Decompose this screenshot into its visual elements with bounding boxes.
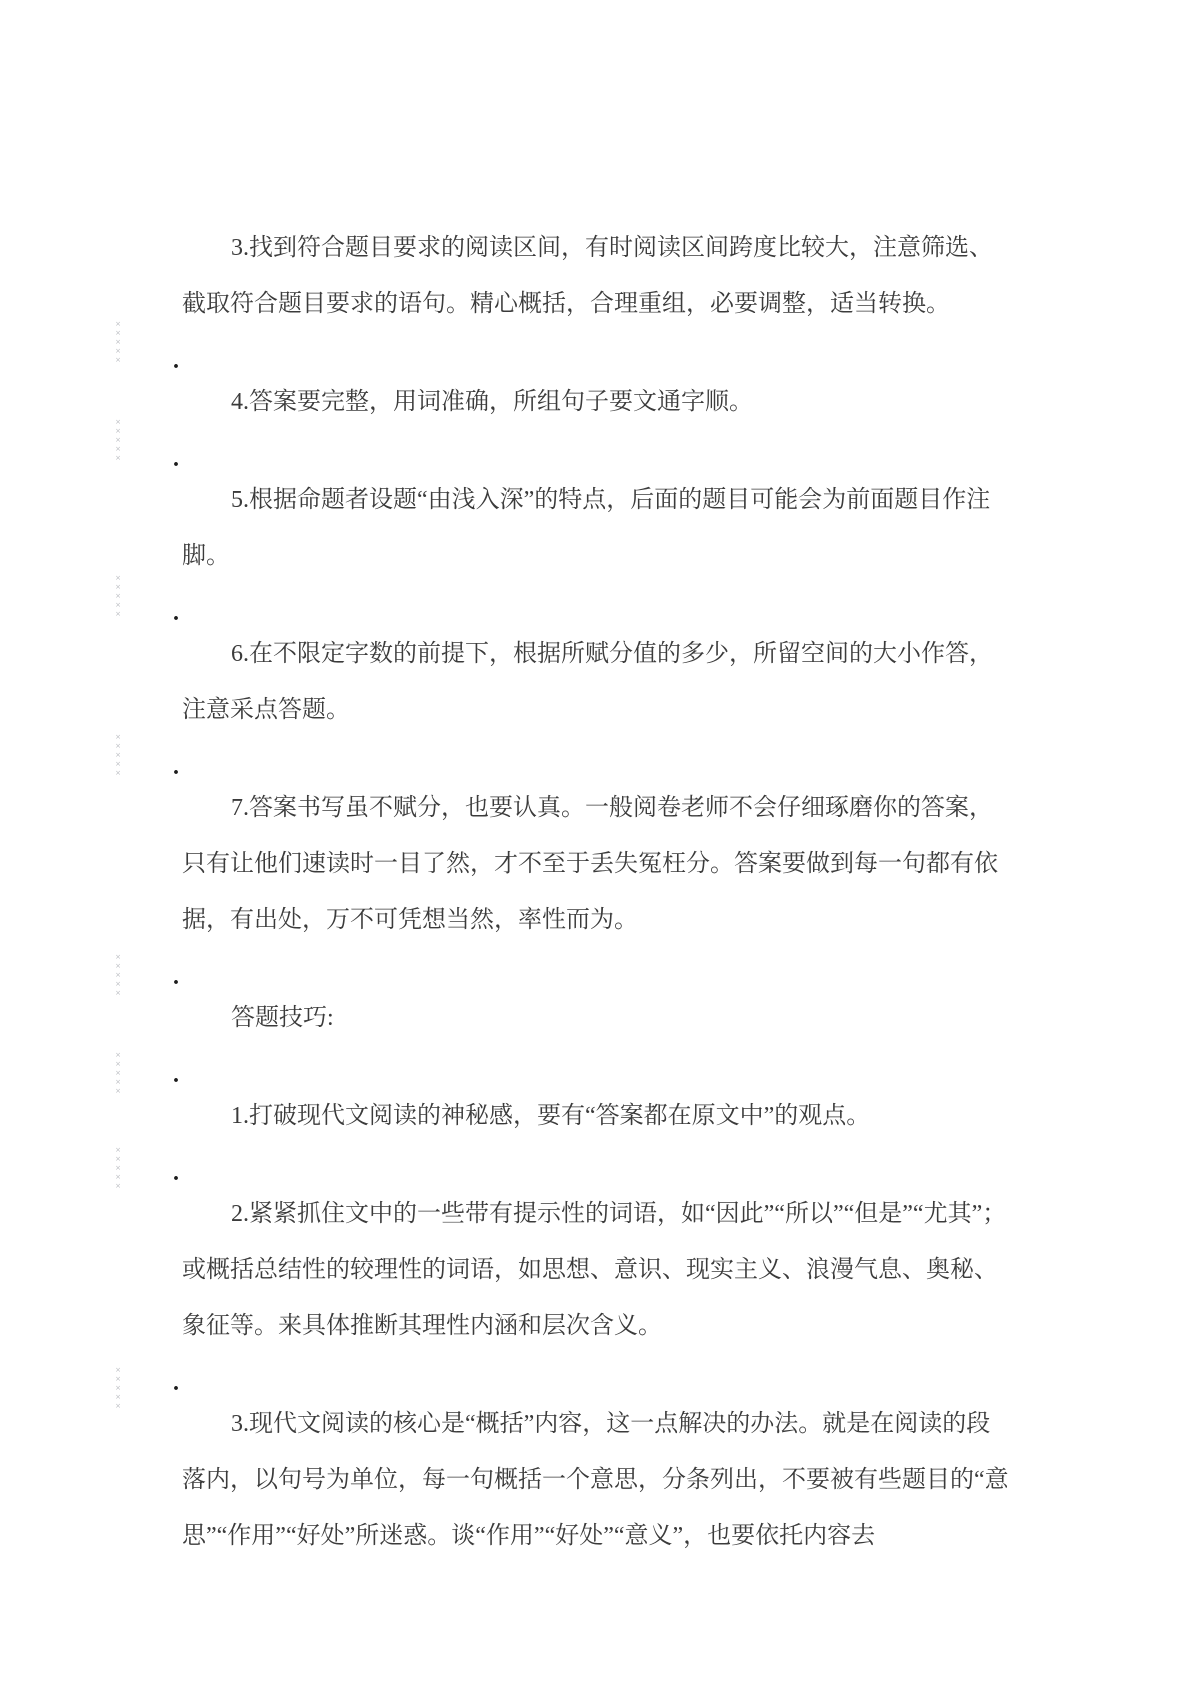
separator-dot: . xyxy=(173,1062,1012,1088)
paragraph-tip-5: 5.根据命题者设题“由浅入深”的特点，后面的题目可能会为前面题目作注脚。 xyxy=(182,472,1012,584)
paragraph-tip-3: 3.找到符合题目要求的阅读区间，有时阅读区间跨度比较大，注意筛选、截取符合题目要… xyxy=(182,220,1012,332)
separator-dot: . xyxy=(173,600,1012,626)
separator-dot: . xyxy=(173,964,1012,990)
document-page: 3.找到符合题目要求的阅读区间，有时阅读区间跨度比较大，注意筛选、截取符合题目要… xyxy=(0,0,1200,1698)
separator-dot: . xyxy=(173,446,1012,472)
paragraph-skill-3: 3.现代文阅读的核心是“概括”内容，这一点解决的办法。就是在阅读的段落内，以句号… xyxy=(182,1396,1012,1564)
margin-watermark-column: ×××××× xyxy=(111,1146,123,1190)
paragraph-tip-7: 7.答案书写虽不赋分，也要认真。一般阅卷老师不会仔细琢磨你的答案，只有让他们速读… xyxy=(182,780,1012,948)
margin-watermark-column: ×××××× xyxy=(111,733,123,777)
separator-dot: . xyxy=(173,1160,1012,1186)
document-text-column: 3.找到符合题目要求的阅读区间，有时阅读区间跨度比较大，注意筛选、截取符合题目要… xyxy=(182,220,1012,1564)
separator-dot: . xyxy=(173,348,1012,374)
paragraph-answer-skills-heading: 答题技巧: xyxy=(182,990,1012,1046)
margin-watermark-column: ×××××× xyxy=(111,418,123,462)
separator-dot: . xyxy=(173,754,1012,780)
margin-watermark-column: ×××××× xyxy=(111,320,123,364)
paragraph-tip-6: 6.在不限定字数的前提下，根据所赋分值的多少，所留空间的大小作答，注意采点答题。 xyxy=(182,626,1012,738)
paragraph-skill-1: 1.打破现代文阅读的神秘感，要有“答案都在原文中”的观点。 xyxy=(182,1088,1012,1144)
margin-watermark-column: ×××××× xyxy=(111,1366,123,1410)
margin-watermark-column: ×××××× xyxy=(111,1051,123,1095)
paragraph-skill-2: 2.紧紧抓住文中的一些带有提示性的词语，如“因此”“所以”“但是”“尤其”；或概… xyxy=(182,1186,1012,1354)
separator-dot: . xyxy=(173,1370,1012,1396)
margin-watermark-column: ×××××× xyxy=(111,574,123,618)
paragraph-tip-4: 4.答案要完整，用词准确，所组句子要文通字顺。 xyxy=(182,374,1012,430)
margin-watermark-column: ×××××× xyxy=(111,953,123,997)
